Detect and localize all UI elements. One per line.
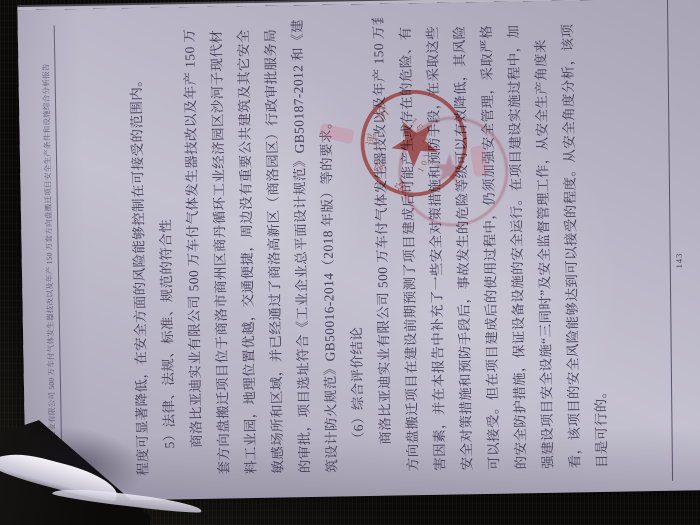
photo-background: 商洛比亚迪实业有限公司 500 万车付气体发生器技改以及年产 150 万套方向盘… bbox=[0, 0, 700, 525]
page-number: 143 bbox=[673, 230, 684, 290]
footer-rule bbox=[667, 0, 673, 481]
body-text: 程度可显著降低，在安全方面的风险能够控制在可接受的范围内。5）法律、法规、标准、… bbox=[122, 14, 616, 476]
document-page: 商洛比亚迪实业有限公司 500 万车付气体发生器技改以及年产 150 万套方向盘… bbox=[17, 0, 700, 502]
